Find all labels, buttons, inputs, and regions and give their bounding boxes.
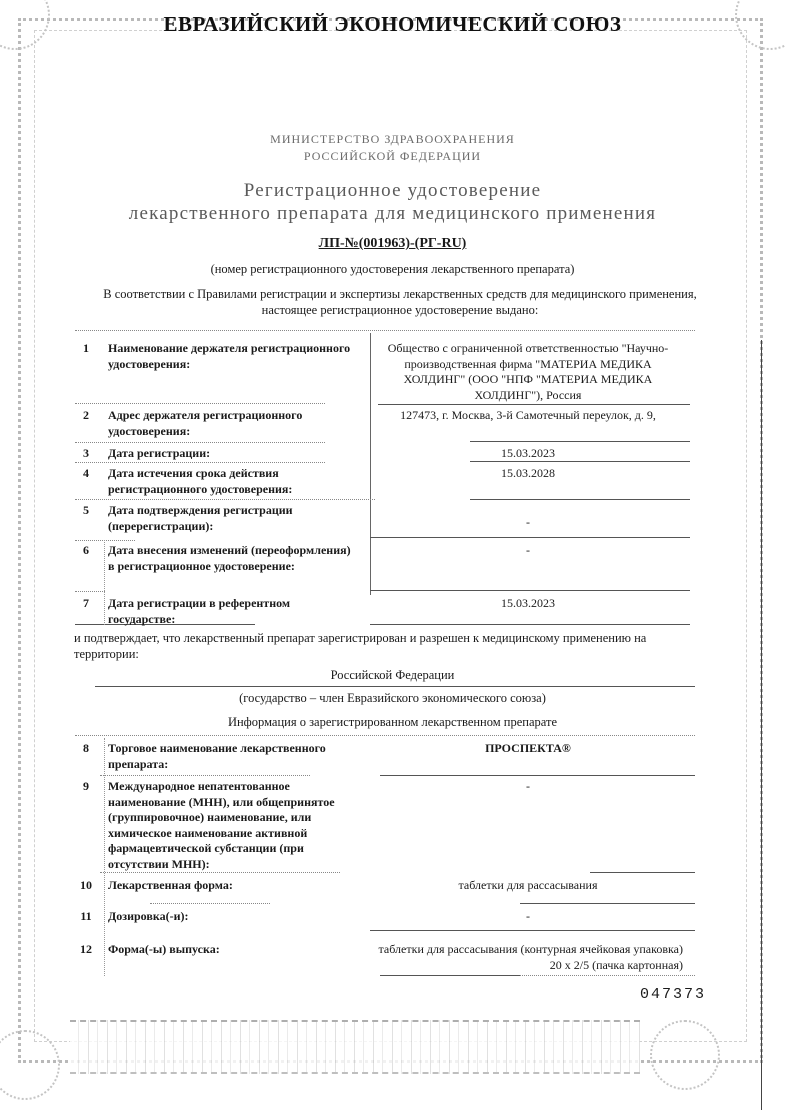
row-value: таблетки для рассасывания [373, 878, 683, 894]
table-rule [75, 499, 375, 500]
table-rule [75, 735, 695, 736]
row-number: 1 [75, 341, 97, 356]
row-label: Наименование держателя регистрационного … [108, 341, 358, 372]
registration-number-caption: (номер регистрационного удостоверения ле… [0, 262, 785, 277]
ministry-line-1: МИНИСТЕРСТВО ЗДРАВООХРАНЕНИЯ [0, 132, 785, 147]
row-number: 3 [75, 446, 97, 461]
confirmation-paragraph: и подтверждает, что лекарственный препар… [74, 630, 694, 662]
table-rule [100, 872, 340, 873]
trade-name-value: ПРОСПЕКТА® [373, 741, 683, 757]
row-number: 12 [75, 942, 97, 957]
row-label: Дозировка(-и): [108, 909, 358, 925]
serial-number: 047373 [640, 986, 706, 1003]
row-label: Торговое наименование лекарственного пре… [108, 741, 358, 772]
registration-number: ЛП-№(001963)-(РГ-RU) [0, 236, 785, 252]
row-value: 15.03.2023 [373, 596, 683, 612]
row-number: 2 [75, 408, 97, 423]
row-label: Форма(-ы) выпуска: [108, 942, 358, 958]
row-number: 10 [75, 878, 97, 893]
row-value: - [373, 543, 683, 559]
table-rule [380, 775, 695, 776]
intro-paragraph: В соответствии с Правилами регистрации и… [100, 286, 700, 318]
table-rule [470, 499, 690, 500]
row-value: 15.03.2023 [373, 446, 683, 462]
table-rule [75, 462, 325, 463]
row-number: 7 [75, 596, 97, 611]
ministry-line-2: РОССИЙСКОЙ ФЕДЕРАЦИИ [0, 149, 785, 164]
certificate-title-line-2: лекарственного препарата для медицинског… [0, 203, 785, 225]
table-rule [520, 903, 695, 904]
row-label: Дата подтверждения регистрации (перереги… [108, 503, 358, 534]
table-rule [75, 591, 105, 592]
row-value: Общество с ограниченной ответственностью… [373, 341, 683, 403]
row-value: 15.03.2028 [373, 466, 683, 482]
table-rule [370, 590, 690, 591]
territory-underline [95, 686, 695, 687]
table-column-divider [370, 333, 371, 595]
row-number: 9 [75, 779, 97, 794]
table-rule [75, 540, 135, 541]
table-rule [370, 624, 690, 625]
row-number: 8 [75, 741, 97, 756]
row-number: 6 [75, 543, 97, 558]
registration-certificate-page: ЕВРАЗИЙСКИЙ ЭКОНОМИЧЕСКИЙ СОЮЗ МИНИСТЕРС… [0, 0, 785, 1116]
row-label: Адрес держателя регистрационного удостов… [108, 408, 358, 439]
table-rule [470, 441, 690, 442]
table-rule [75, 330, 695, 331]
table-rule [378, 404, 690, 405]
row-value: - [373, 779, 683, 795]
bottom-ornament-band [70, 1020, 640, 1074]
territory-value: Российской Федерации [0, 668, 785, 683]
corner-ornament-bottom-right [650, 1020, 720, 1090]
row-value: - [373, 515, 683, 531]
row-number: 5 [75, 503, 97, 518]
row-label: Дата внесения изменений (переоформления)… [108, 543, 358, 574]
table-rule [150, 903, 270, 904]
table-rule [590, 872, 695, 873]
certificate-title-line-1: Регистрационное удостоверение [0, 180, 785, 202]
row-number: 11 [75, 909, 97, 924]
row-label: Международное непатентованное наименован… [108, 779, 358, 872]
territory-caption: (государство – член Евразийского экономи… [0, 691, 785, 706]
row-label: Лекарственная форма: [108, 878, 358, 894]
table-rule [75, 442, 325, 443]
row-value: таблетки для рассасывания (контурная яче… [373, 942, 683, 973]
table-rule [100, 775, 310, 776]
table-rule [370, 537, 690, 538]
table-rule [370, 930, 695, 931]
table-row-divider [104, 738, 105, 976]
section-title: Информация о зарегистрированном лекарств… [0, 715, 785, 730]
union-title: ЕВРАЗИЙСКИЙ ЭКОНОМИЧЕСКИЙ СОЮЗ [0, 12, 785, 37]
table-rule [75, 403, 325, 404]
row-label: Дата истечения срока действия регистраци… [108, 466, 358, 497]
row-number: 4 [75, 466, 97, 481]
table-rule [520, 975, 695, 976]
row-label: Дата регистрации: [108, 446, 358, 462]
row-value: 127473, г. Москва, 3-й Самотечный переул… [373, 408, 683, 424]
row-label: Дата регистрации в референтном государст… [108, 596, 358, 627]
table-rule [380, 975, 520, 976]
row-value: - [373, 909, 683, 925]
table-row-divider [104, 540, 105, 625]
